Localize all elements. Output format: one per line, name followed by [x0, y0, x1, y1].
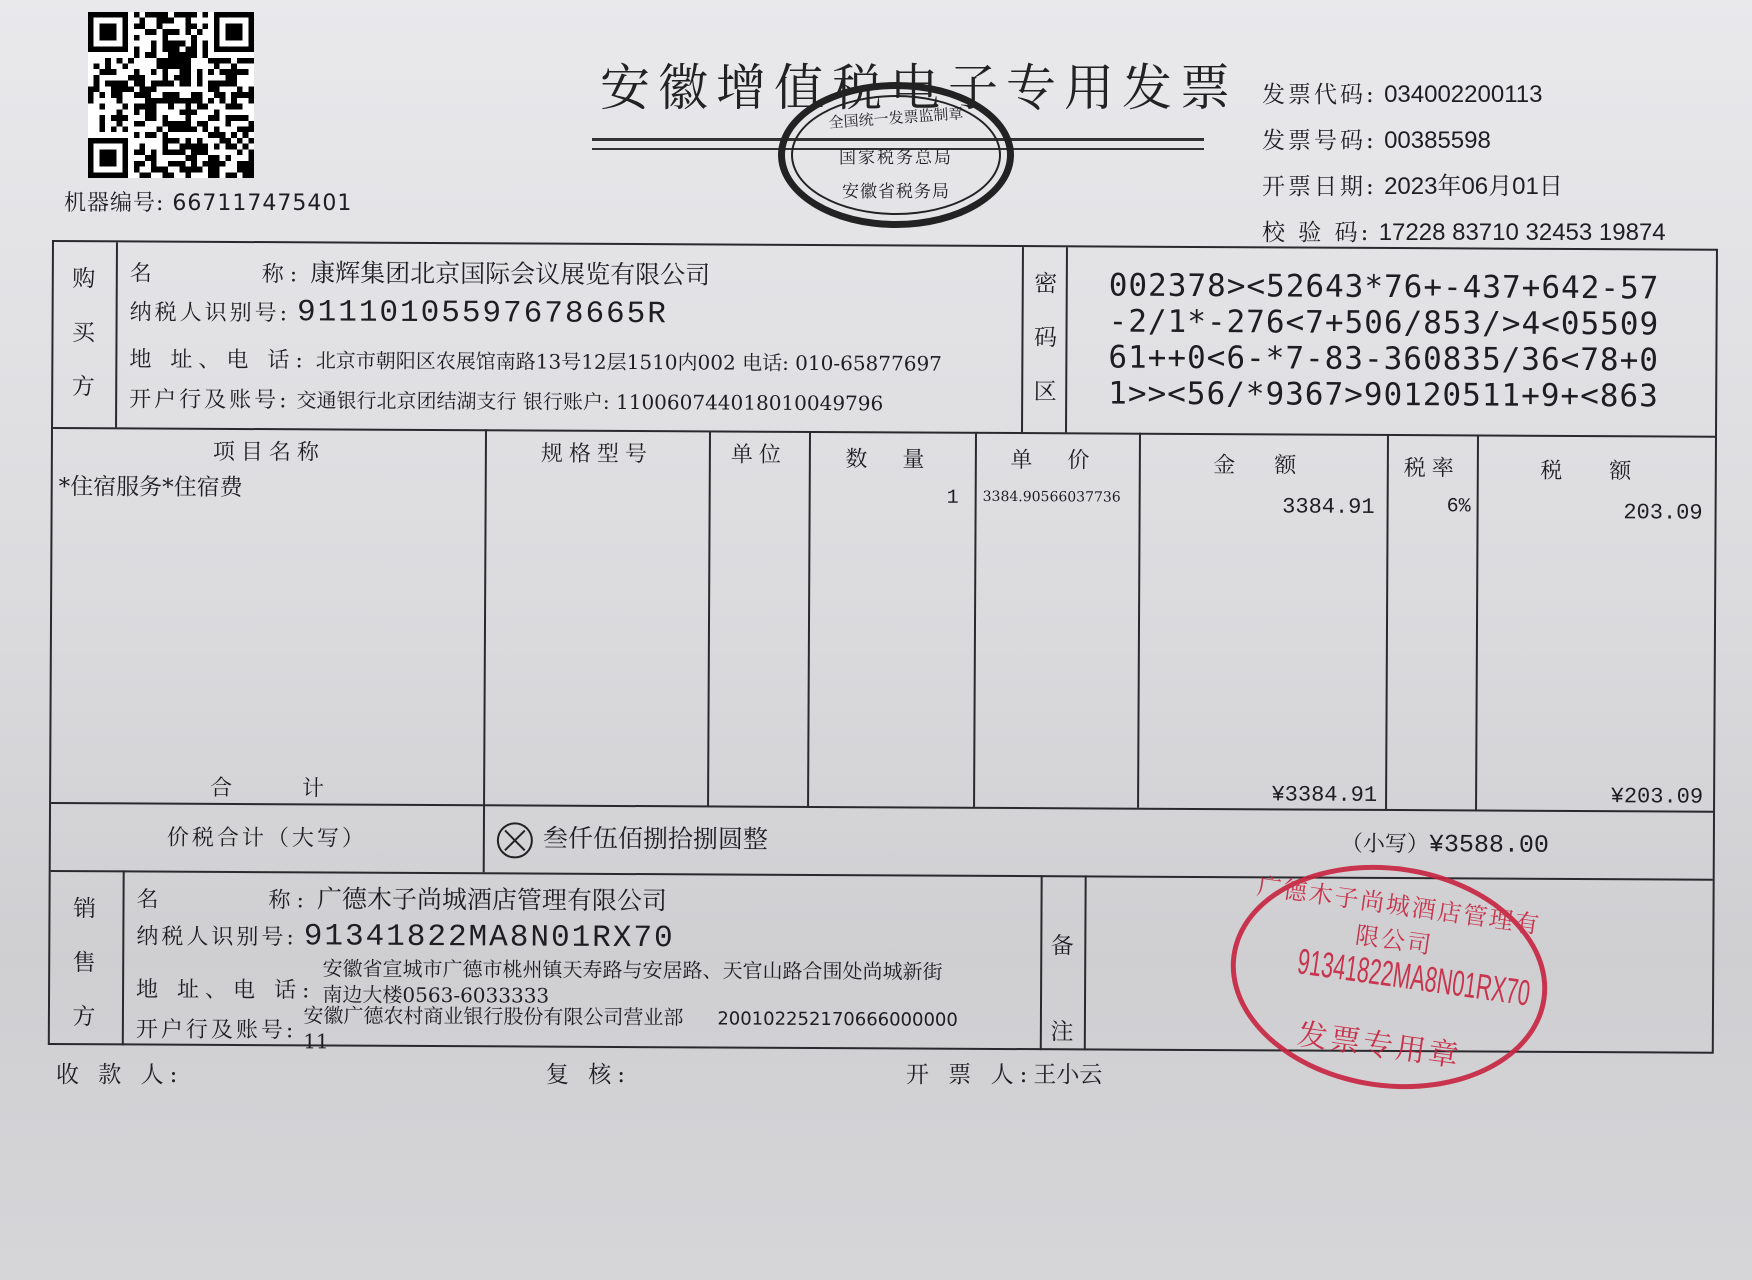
- grand-total-uppercase: 叁仟伍佰捌拾捌圆整: [543, 824, 768, 854]
- item-rate: 6%: [1387, 495, 1471, 518]
- seller-bank-row: 开户行及账号: 安徽广德农村商业银行股份有限公司营业部2001022521706…: [136, 1002, 958, 1056]
- buyer-taxid-row: 纳税人识别号: 91110105597678665R: [130, 294, 668, 332]
- buyer-taxid-label: 纳税人识别号:: [130, 295, 291, 327]
- invoice-date: 2023年06月01日: [1384, 173, 1563, 200]
- buyer-taxid: 91110105597678665R: [297, 295, 668, 332]
- seller-account: 200102252170666000000: [717, 1008, 958, 1030]
- cipher-side-label: 密码区: [1025, 257, 1066, 419]
- buyer-name-label: 名 称:: [130, 256, 304, 288]
- buyer-bank: 交通银行北京团结湖支行 银行账户: 110060744018010049796: [297, 388, 884, 415]
- invoice-number: 00385598: [1384, 127, 1491, 154]
- col-header-spec: 规格型号: [485, 436, 709, 468]
- tax-bureau-seal: 全国统一发票监制章 国家税务总局 安徽省税务局: [778, 82, 1014, 228]
- buyer-bank-row: 开户行及账号: 交通银行北京团结湖支行 银行账户: 11006074401801…: [129, 382, 883, 417]
- buyer-name-row: 名 称: 康辉集团北京国际会议展览有限公司: [130, 252, 711, 291]
- seller-address: 安徽省宣城市广德市桃州镇天寿路与安居路、天官山路合围处尚城新街南边大楼0563-…: [322, 955, 942, 1010]
- machine-number: 机器编号: 667117475401: [64, 186, 352, 217]
- invoice-code-label: 发票代码:: [1262, 73, 1377, 118]
- item-price: 3384.90566037736: [983, 489, 1121, 506]
- col-header-unit: 单位: [709, 437, 809, 469]
- grand-total-lowercase-row: （小写）¥3588.00: [1341, 827, 1549, 860]
- invoice-code: 034002200113: [1384, 81, 1542, 108]
- seal-text: 安徽省税务局: [785, 177, 1007, 202]
- seller-side-label: 销售方: [64, 882, 105, 1044]
- issuer-name: 王小云: [1033, 1062, 1102, 1088]
- grand-total-uppercase-row: 叁仟伍佰捌拾捌圆整: [497, 818, 768, 859]
- seller-name-label: 名 称:: [136, 882, 310, 914]
- seller-taxid-row: 纳税人识别号: 91341822MA8N01RX70: [136, 918, 674, 956]
- seller-taxid-label: 纳税人识别号:: [136, 919, 297, 951]
- col-header-qty: 数 量: [809, 442, 975, 474]
- item-tax: 203.09: [1477, 499, 1703, 525]
- issuer-label: 开 票 人:: [906, 1062, 1033, 1088]
- reviewer: 复 核:: [546, 1056, 631, 1089]
- total-tax: ¥203.09: [1475, 783, 1703, 809]
- circle-x-icon: [497, 822, 533, 858]
- issuer: 开 票 人:王小云: [906, 1056, 1102, 1089]
- reviewer-label: 复 核:: [546, 1062, 631, 1088]
- invoice-date-row: 开票日期: 2023年06月01日: [1262, 164, 1666, 210]
- seller-name-row: 名 称: 广德木子尚城酒店管理有限公司: [136, 878, 667, 917]
- seller-name: 广德木子尚城酒店管理有限公司: [317, 884, 667, 915]
- remarks-side-label: 备注: [1042, 903, 1083, 1075]
- buyer-address: 北京市朝阳区农展馆南路13号12层1510内002 电话: 010-658776…: [316, 348, 942, 375]
- buyer-side-label: 购买方: [63, 252, 104, 414]
- col-header-price: 单 价: [975, 443, 1139, 475]
- item-name: *住宿服务*住宿费: [59, 468, 243, 502]
- machine-number-value: 667117475401: [172, 191, 352, 216]
- seller-bank: 安徽广德农村商业银行股份有限公司营业部200102252170666000000…: [303, 1003, 958, 1056]
- seller-bank-label: 开户行及账号:: [136, 1012, 297, 1044]
- col-header-item: 项目名称: [53, 434, 485, 467]
- invoice-number-label: 发票号码:: [1262, 119, 1377, 164]
- qr-code: [88, 12, 254, 178]
- item-qty: 1: [809, 486, 959, 510]
- buyer-name: 康辉集团北京国际会议展览有限公司: [310, 258, 710, 289]
- grand-total-label: 价税合计（大写）: [51, 820, 483, 853]
- total-amount: ¥3384.91: [1137, 782, 1377, 808]
- invoice-date-label: 开票日期:: [1262, 165, 1377, 210]
- cipher-area: 002378><52643*76+-437+642-57 -2/1*-276<7…: [1108, 268, 1659, 415]
- col-header-tax: 税 额: [1477, 453, 1715, 485]
- payee: 收 款 人:: [56, 1056, 183, 1089]
- invoice-code-row: 发票代码: 034002200113: [1262, 72, 1666, 118]
- seller-address-label: 地 址、电 话:: [136, 972, 316, 1004]
- seller-taxid: 91341822MA8N01RX70: [304, 919, 675, 956]
- payee-label: 收 款 人:: [56, 1062, 183, 1088]
- item-amount: 3384.91: [1139, 494, 1375, 520]
- buyer-address-label: 地 址、电 话:: [129, 342, 309, 374]
- invoice-number-row: 发票号码: 00385598: [1262, 118, 1666, 164]
- buyer-bank-label: 开户行及账号:: [129, 382, 290, 414]
- invoice-meta: 发票代码: 034002200113 发票号码: 00385598 开票日期: …: [1262, 72, 1666, 256]
- col-header-amount: 金 额: [1139, 448, 1387, 480]
- check-code: 17228 83710 32453 19874: [1379, 219, 1666, 246]
- total-label: 合 计: [51, 770, 483, 803]
- buyer-address-row: 地 址、电 话: 北京市朝阳区农展馆南路13号12层1510内002 电话: 0…: [129, 342, 942, 377]
- grand-total-lowercase-label: （小写）: [1341, 832, 1429, 857]
- grand-total-lowercase: ¥3588.00: [1429, 830, 1549, 860]
- seal-bottom-text: 发票专用章: [1224, 999, 1535, 1085]
- machine-number-label: 机器编号:: [64, 191, 164, 216]
- seal-text: 国家税务总局: [785, 143, 1007, 168]
- col-header-rate: 税率: [1387, 451, 1477, 482]
